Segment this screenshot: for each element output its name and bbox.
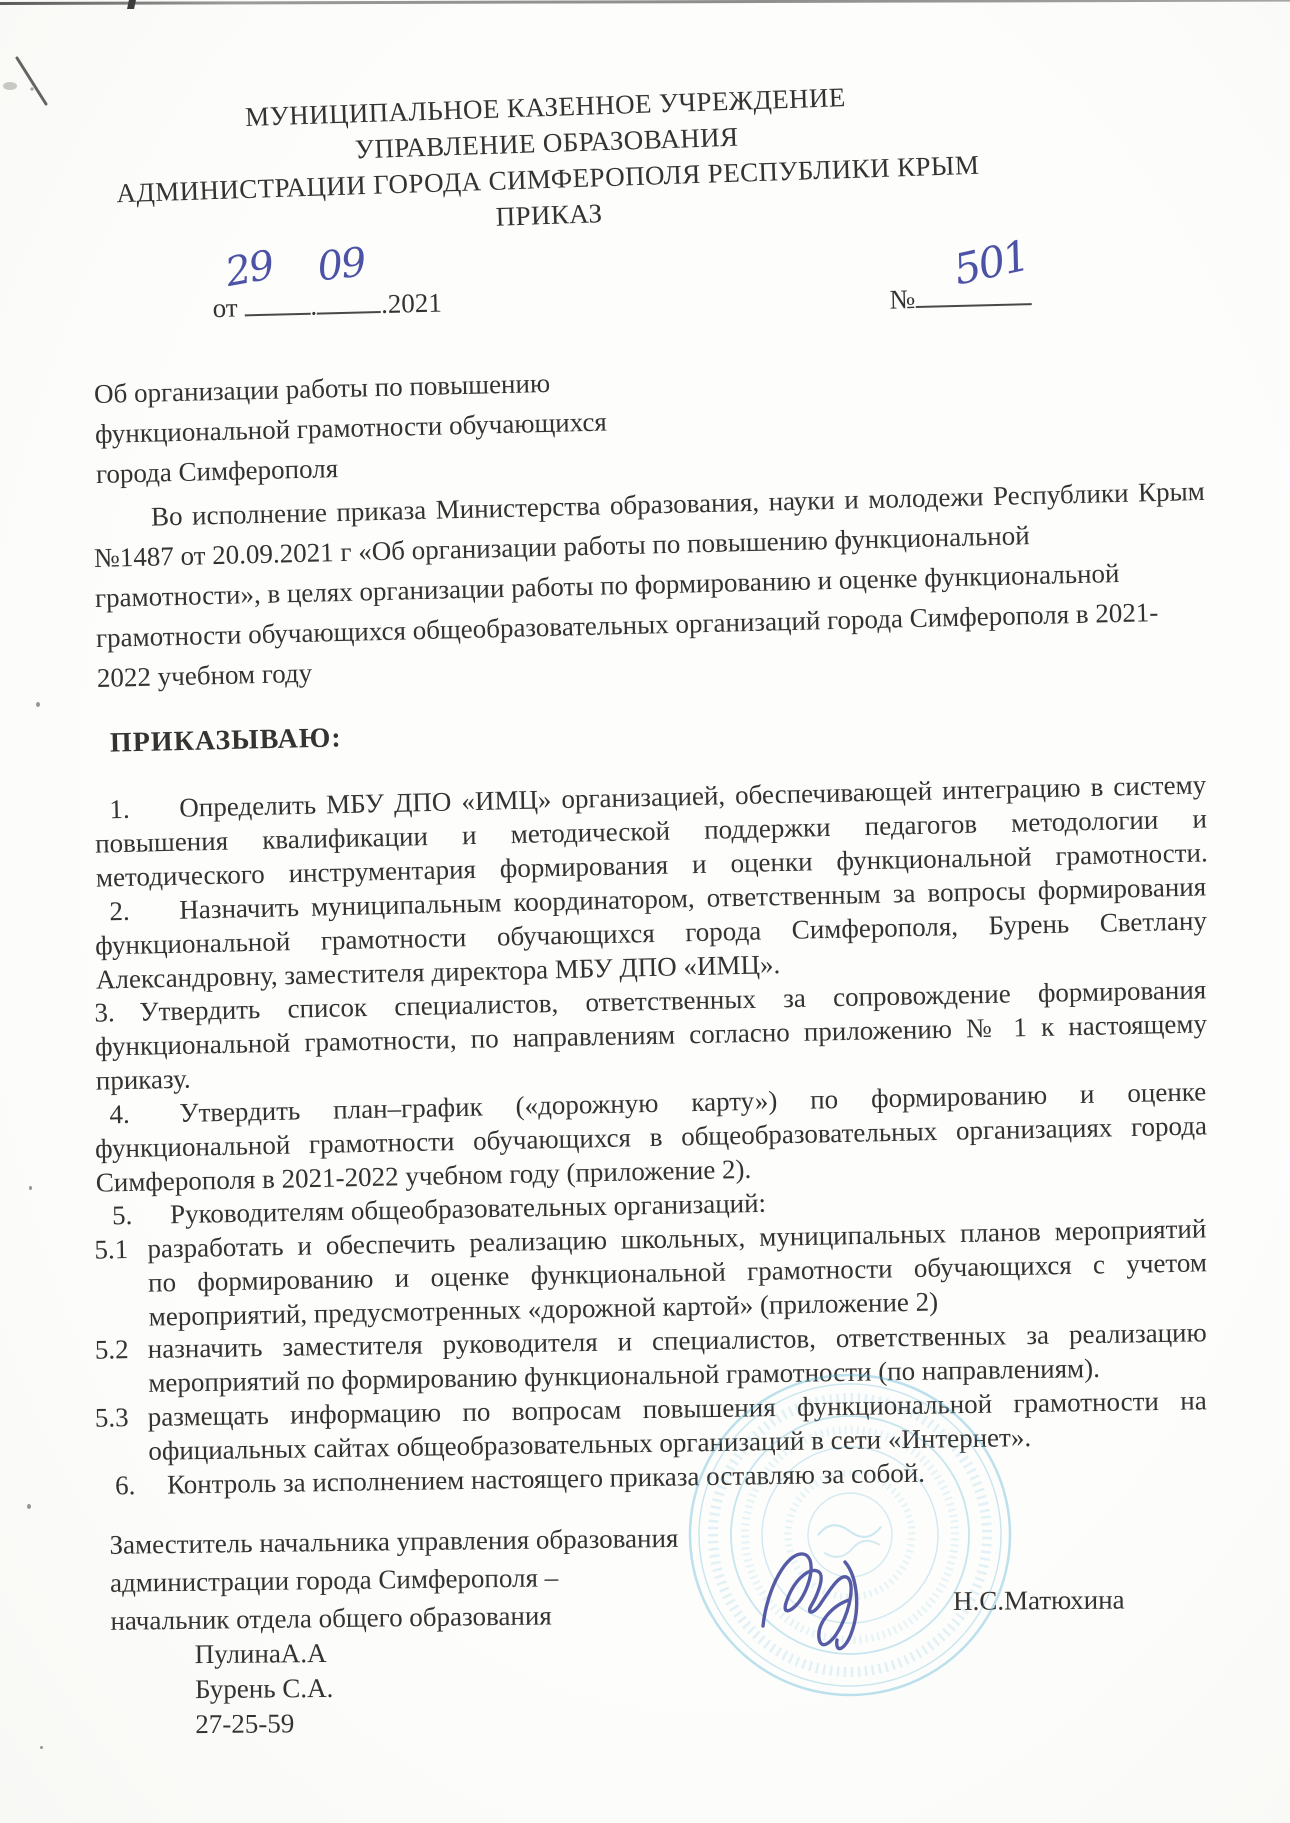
item-number: 5.3	[95, 1400, 149, 1435]
item-number: 2.	[109, 893, 180, 929]
item-number: 3.	[94, 995, 140, 1030]
handwritten-day: 29	[222, 242, 276, 296]
official-round-stamp-icon	[635, 1320, 1064, 1749]
scanned-page: МУНИЦИПАЛЬНОЕ КАЗЕННОЕ УЧРЕЖДЕНИЕ УПРАВЛ…	[0, 0, 1290, 1823]
date-year-label: .2021	[381, 288, 442, 319]
preamble-paragraph: Во исполнение приказа Министерства образ…	[93, 471, 1210, 698]
date-month-blank	[317, 308, 381, 315]
date-prefix-label: от	[212, 293, 238, 324]
order-item-5-1: 5.1разработать и обеспечить реализацию ш…	[94, 1211, 1208, 1334]
number-blank	[915, 300, 1031, 308]
date-dot: .	[310, 291, 317, 321]
date-number-row: от ..2021 29 09 № 501	[94, 269, 1207, 356]
order-heading: ПРИКАЗЫВАЮ:	[95, 702, 1222, 760]
handwritten-signature	[757, 1540, 887, 1660]
document-content: МУНИЦИПАЛЬНОЕ КАЗЕННОЕ УЧРЕЖДЕНИЕ УПРАВЛ…	[95, 0, 1207, 1823]
item-number: 6.	[115, 1468, 168, 1503]
subject-block: Об организации работы по повышению функц…	[94, 347, 1209, 494]
item-number: 5.2	[95, 1332, 149, 1367]
scan-speck	[40, 1746, 43, 1749]
item-number: 1.	[109, 791, 180, 827]
letterhead: МУНИЦИПАЛЬНОЕ КАЗЕННОЕ УЧРЕЖДЕНИЕ УПРАВЛ…	[93, 74, 1002, 248]
date-day-blank	[244, 310, 310, 317]
scan-speck	[27, 1504, 31, 1509]
item-number: 4.	[109, 1096, 180, 1131]
pen-scratch-mark	[0, 40, 70, 130]
scan-speck	[36, 702, 40, 707]
scan-speck	[29, 1186, 32, 1190]
handwritten-month: 09	[315, 239, 367, 290]
item-number: 5.1	[94, 1232, 148, 1267]
number-label: №	[889, 284, 915, 315]
item-number: 5.	[112, 1197, 171, 1232]
